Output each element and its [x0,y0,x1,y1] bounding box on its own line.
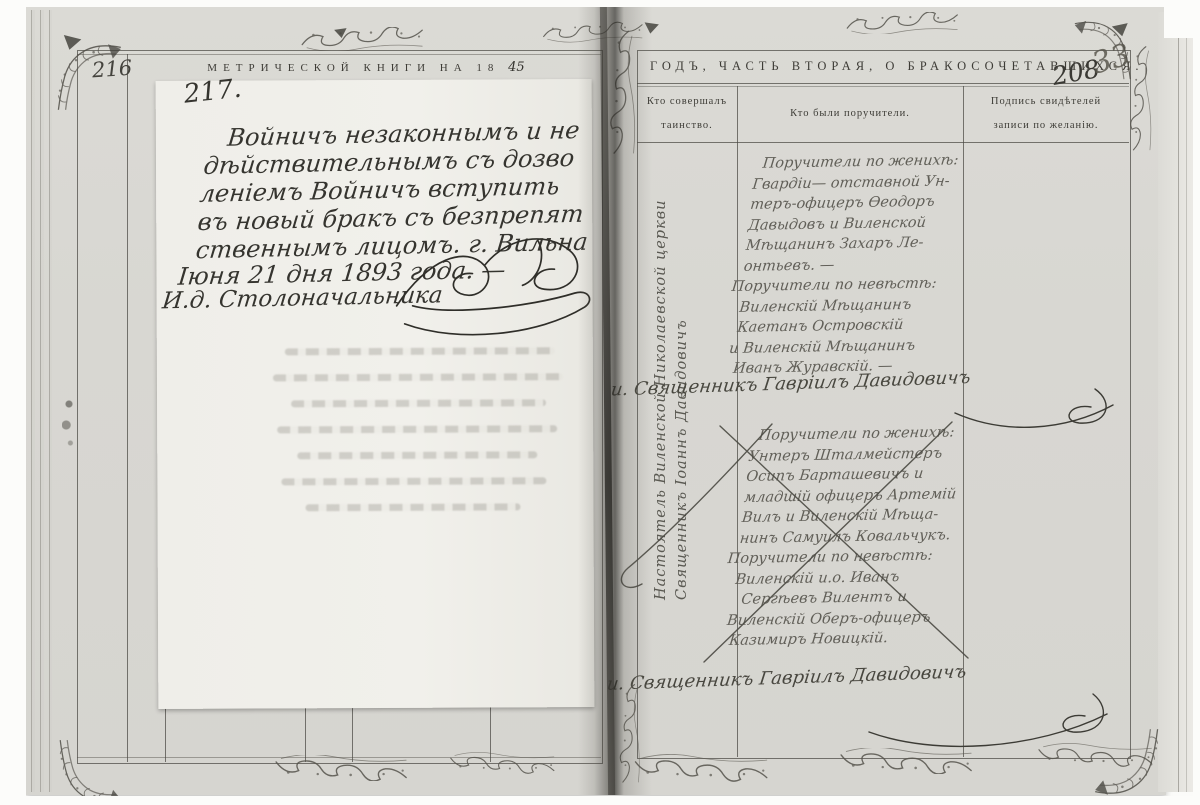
scan-margin-bottom [0,796,1200,805]
scan-corner-top-right [1164,0,1200,38]
corner-ornament-bottom-left [50,737,128,805]
ornament-wedge [334,28,348,39]
binding-gutter [578,7,652,795]
scan-margin-left [0,0,26,805]
left-page-header: МЕТРИЧЕСКОЙ КНИГИ НА 18 45 [176,60,556,75]
year-handwritten: 45 [508,60,525,75]
bottom-border-ornament [448,751,558,775]
ink-smudge [62,392,76,452]
scan-margin-top [0,0,1200,7]
handwritten-signature [388,227,601,360]
book-scan: МЕТРИЧЕСКОЙ КНИГИ НА 18 45 216 217. Войн… [0,0,1200,805]
top-border-ornament [288,27,438,51]
bleedthrough-text [281,477,546,485]
bleedthrough-text [305,503,520,511]
bottom-border-ornament [262,755,422,781]
bleedthrough-text [297,451,537,459]
scan-margin-right [1193,0,1200,805]
left-header-text: МЕТРИЧЕСКОЙ КНИГИ НА 18 [207,62,499,74]
left-table-grid [165,706,166,762]
bleedthrough-text [291,399,546,407]
bleedthrough-text [277,425,557,433]
bleedthrough-text [273,373,563,381]
pasted-note-sheet: 217. Войничъ незаконнымъ и не дѣйствител… [156,79,595,709]
right-page-stack-edge [1158,12,1194,792]
bleedthrough-text [285,347,555,355]
note-number: 217. [182,74,243,110]
